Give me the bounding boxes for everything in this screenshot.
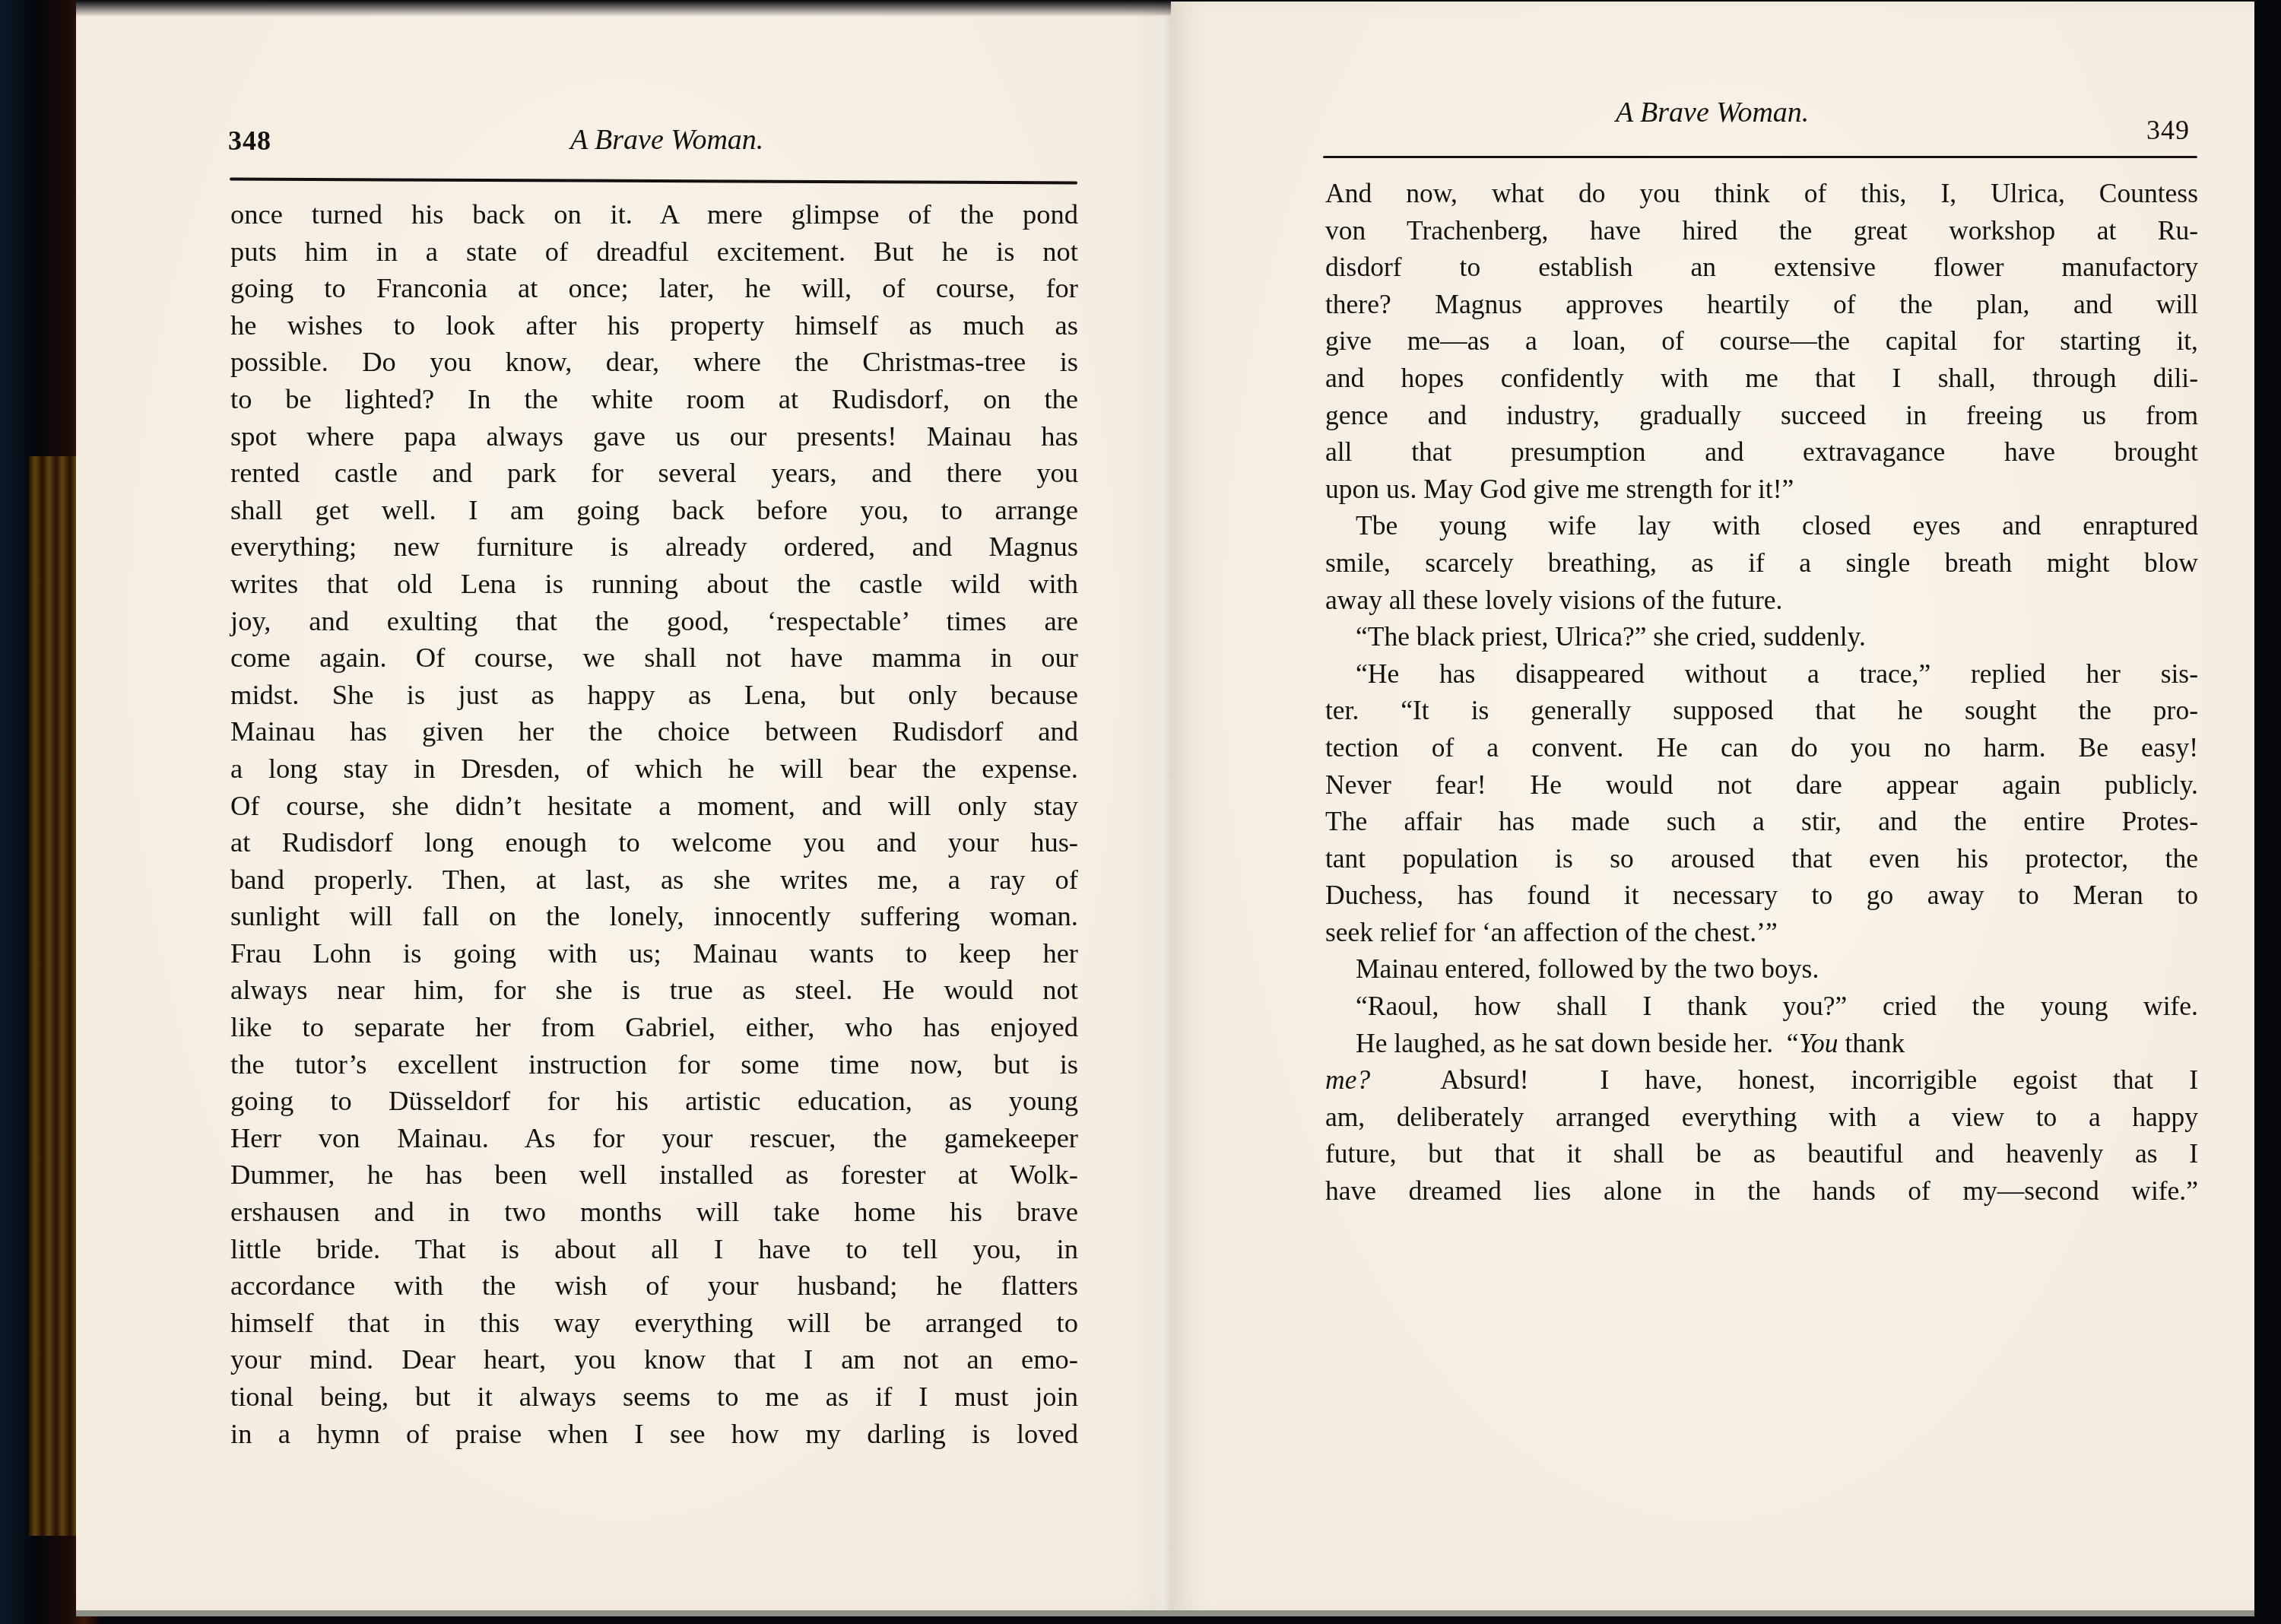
text-line: Of course, she didn’t hesitate a moment,… [230, 788, 1078, 825]
text-line: Mainau has given her the choice between … [230, 713, 1078, 750]
text-line: von Trachenberg, have hired the great wo… [1325, 212, 2198, 249]
running-title: A Brave Woman. [1616, 96, 1809, 129]
text-line: at Rudisdorf long enough to welcome you … [230, 824, 1078, 861]
text-line: like to separate her from Gabriel, eithe… [230, 1009, 1078, 1046]
text-line: shall get well. I am going back before y… [230, 492, 1078, 529]
text-line: Dummer, he has been well installed as fo… [230, 1156, 1078, 1194]
text-line: away all these lovely visions of the fut… [1325, 582, 2198, 619]
right-page-body: And now, what do you think of this, I, U… [1325, 175, 2198, 1210]
text-fragment: You thank [1799, 1025, 2198, 1062]
text-line: going to Düsseldorf for his artistic edu… [230, 1083, 1078, 1120]
text-line: always near him, for she is true as stee… [230, 972, 1078, 1009]
text-line: The affair has made such a stir, and the… [1325, 803, 2198, 840]
text-line: tant population is so aroused that even … [1325, 840, 2198, 877]
text-line: gence and industry, gradually succeed in… [1325, 397, 2198, 434]
running-title: A Brave Woman. [570, 123, 763, 157]
text-line: puts him in a state of dreadful exciteme… [230, 233, 1078, 271]
text-line: to be lighted? In the white room at Rudi… [230, 381, 1078, 418]
text-line: sunlight will fall on the lonely, innoce… [230, 898, 1078, 935]
text-fragment: Absurd! I have, honest, incorrigible ego… [1370, 1061, 2198, 1099]
text-line: Frau Lohn is going with us; Mainau wants… [230, 935, 1078, 972]
left-page-body: once turned his back on it. A mere glimp… [230, 196, 1078, 1452]
text-line: the tutor’s excellent instruction for so… [230, 1046, 1078, 1083]
text-line: Mainau entered, followed by the two boys… [1325, 950, 2198, 988]
text-line: tection of a convent. He can do you no h… [1325, 729, 2198, 766]
text-line: band properly. Then, at last, as she wri… [230, 861, 1078, 899]
text-line: joy, and exulting that the good, ‘respec… [230, 603, 1078, 640]
text-line: upon us. May God give me strength for it… [1325, 471, 2198, 508]
text-line: he wishes to look after his property him… [230, 307, 1078, 344]
text-line: possible. Do you know, dear, where the C… [230, 344, 1078, 381]
text-line: disdorf to establish an extensive flower… [1325, 249, 2198, 286]
left-running-head: 348 A Brave Woman. [228, 114, 1080, 160]
text-line: Herr von Mainau. As for your rescuer, th… [230, 1120, 1078, 1157]
text-line: your mind. Dear heart, you know that I a… [230, 1341, 1078, 1378]
text-line: spot where papa always gave us our prese… [230, 418, 1078, 455]
header-rule [1323, 156, 2197, 158]
left-page: 348 A Brave Woman. once turned his back … [76, 0, 1171, 1610]
right-page: A Brave Woman. 349 And now, what do you … [1171, 2, 2254, 1612]
text-line: seek relief for ‘an affection of the che… [1325, 914, 2198, 951]
text-line: “He has disappeared without a trace,” re… [1325, 655, 2198, 693]
italic-emphasis: me? [1325, 1061, 1370, 1099]
text-line: a long stay in Dresden, of which he will… [230, 750, 1078, 788]
text-line: “The black priest, Ulrica?” she cried, s… [1325, 618, 2198, 655]
text-fragment: thank [1838, 1028, 1905, 1058]
text-line: going to Franconia at once; later, he wi… [230, 270, 1078, 307]
text-line: Tbe young wife lay with closed eyes and … [1325, 507, 2198, 544]
text-line: Never fear! He would not dare appear aga… [1325, 766, 2198, 804]
text-line: give me—as a loan, of course—the capital… [1325, 322, 2198, 360]
text-line: and hopes confidently with me that I sha… [1325, 360, 2198, 397]
page-number: 348 [228, 125, 271, 157]
text-line: ter. “It is generally supposed that he s… [1325, 692, 2198, 729]
text-line: once turned his back on it. A mere glimp… [230, 196, 1078, 233]
text-line: Duchess, has found it necessary to go aw… [1325, 877, 2198, 914]
top-shadow [76, 0, 1171, 17]
text-line: me? Absurd! I have, honest, incorrigible… [1325, 1061, 2198, 1099]
text-line: himself that in this way everything will… [230, 1305, 1078, 1342]
text-line: rented castle and park for several years… [230, 455, 1078, 492]
text-line: He laughed, as he sat down beside her. “… [1325, 1025, 2198, 1062]
page-bottom-edge [76, 1610, 2254, 1616]
text-line: future, but that it shall be as beautifu… [1325, 1135, 2198, 1172]
text-line: everything; new furniture is already ord… [230, 528, 1078, 566]
text-line: writes that old Lena is running about th… [230, 566, 1078, 603]
text-line: come again. Of course, we shall not have… [230, 639, 1078, 677]
page-number: 349 [2146, 114, 2190, 146]
text-line: little bride. That is about all I have t… [230, 1231, 1078, 1268]
text-line: accordance with the wish of your husband… [230, 1267, 1078, 1305]
italic-emphasis: You [1799, 1028, 1838, 1058]
text-fragment: He laughed, as he sat down beside her. “ [1356, 1025, 1799, 1062]
right-running-head: A Brave Woman. 349 [1323, 100, 2235, 146]
header-rule [230, 178, 1077, 185]
text-line: am, deliberately arranged everything wit… [1325, 1099, 2198, 1136]
text-line: “Raoul, how shall I thank you?” cried th… [1325, 988, 2198, 1025]
text-line: have dreamed lies alone in the hands of … [1325, 1172, 2198, 1210]
text-line: And now, what do you think of this, I, U… [1325, 175, 2198, 212]
text-line: in a hymn of praise when I see how my da… [230, 1416, 1078, 1453]
text-line: tional being, but it always seems to me … [230, 1378, 1078, 1416]
text-line: smile, scarcely breathing, as if a singl… [1325, 544, 2198, 582]
book-cover-right-edge [2251, 0, 2281, 1624]
text-line: there? Magnus approves heartily of the p… [1325, 286, 2198, 323]
text-line: ershausen and in two months will take ho… [230, 1194, 1078, 1231]
page-edges-left [29, 456, 76, 1536]
text-line: midst. She is just as happy as Lena, but… [230, 677, 1078, 714]
text-line: all that presumption and extravagance ha… [1325, 433, 2198, 471]
